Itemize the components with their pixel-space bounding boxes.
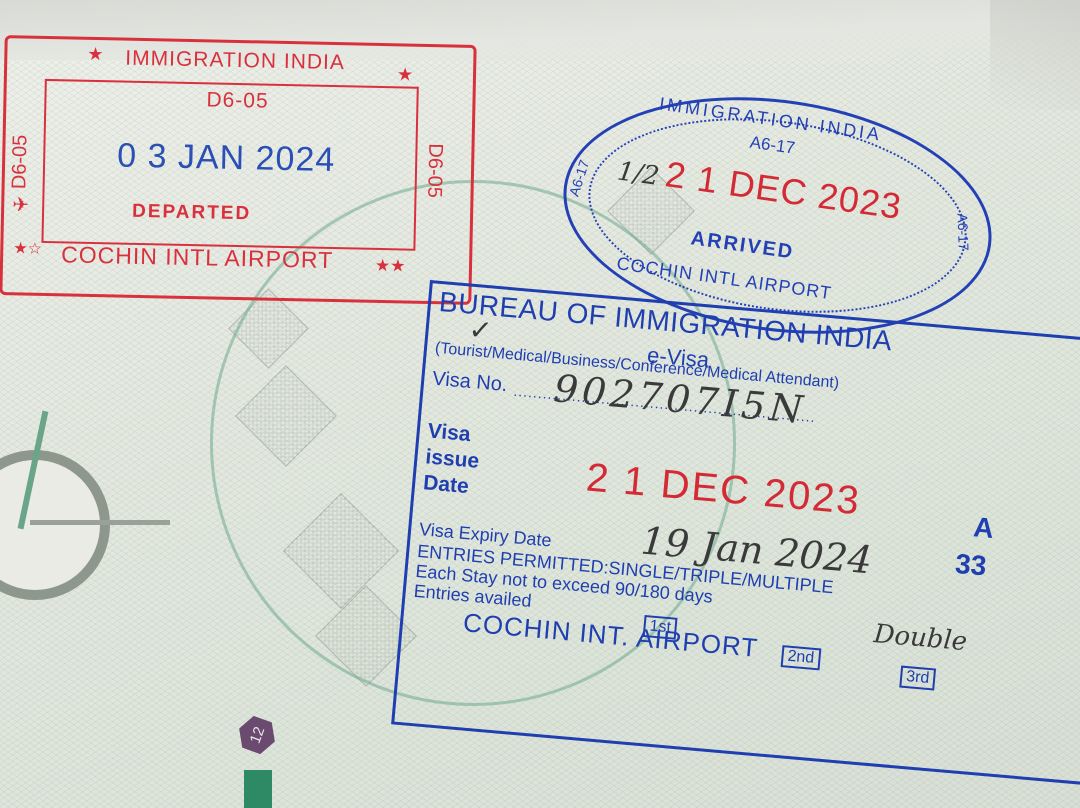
departure-header: IMMIGRATION INDIA	[125, 47, 345, 76]
visa-number-label: Visa No.	[431, 368, 508, 397]
page-number-badge: 12	[233, 713, 280, 758]
departure-side-code-right: D6-05	[422, 143, 446, 198]
airplane-icon: ✈	[12, 192, 29, 217]
counter-letter: A	[972, 511, 995, 545]
visa-issue-label-1: Visa	[427, 419, 472, 447]
page-edge	[990, 0, 1080, 110]
star-icon: ★☆	[13, 238, 42, 259]
star-icon: ★★	[375, 256, 406, 277]
departure-location: COCHIN INTL AIRPORT	[61, 241, 334, 274]
compass-needle	[30, 520, 170, 525]
visa-issue-date: 2 1 DEC 2023	[584, 455, 862, 524]
entry-box-3rd: 3rd	[899, 666, 936, 691]
entry-box-2nd: 2nd	[781, 645, 821, 670]
departure-side-code-left: D6-05	[8, 134, 32, 189]
compass-rose-emblem	[0, 450, 110, 600]
star-icon: ★	[87, 44, 104, 65]
entries-handwritten: Double	[873, 619, 969, 657]
departure-code: D6-05	[206, 88, 269, 113]
departure-date: 0 3 JAN 2024	[117, 136, 336, 180]
arrival-handwritten-mark: 1/2	[616, 156, 662, 192]
visa-issue-label-3: Date	[422, 471, 469, 499]
passport-page: 12 IMMIGRATION INDIA ★ ★ D6-05 D6-05 D6-…	[0, 0, 1080, 808]
counter-number: 33	[954, 548, 988, 583]
visa-issue-label-2: issue	[424, 445, 480, 474]
evisa-stamp: BUREAU OF IMMIGRATION INDIA ✓ (Tourist/M…	[391, 280, 1080, 788]
visa-location: COCHIN INT. AIRPORT	[462, 607, 759, 664]
visa-type: e-Visa	[646, 342, 710, 373]
arrival-side-code-right: A6-17	[955, 213, 972, 251]
departure-stamp: IMMIGRATION INDIA ★ ★ D6-05 D6-05 D6-05 …	[0, 35, 477, 305]
page-number: 12	[246, 724, 268, 745]
departure-status: DEPARTED	[132, 201, 252, 225]
star-icon: ★	[397, 64, 414, 85]
page-marker-stem	[244, 770, 272, 808]
compass-needle	[18, 411, 49, 530]
